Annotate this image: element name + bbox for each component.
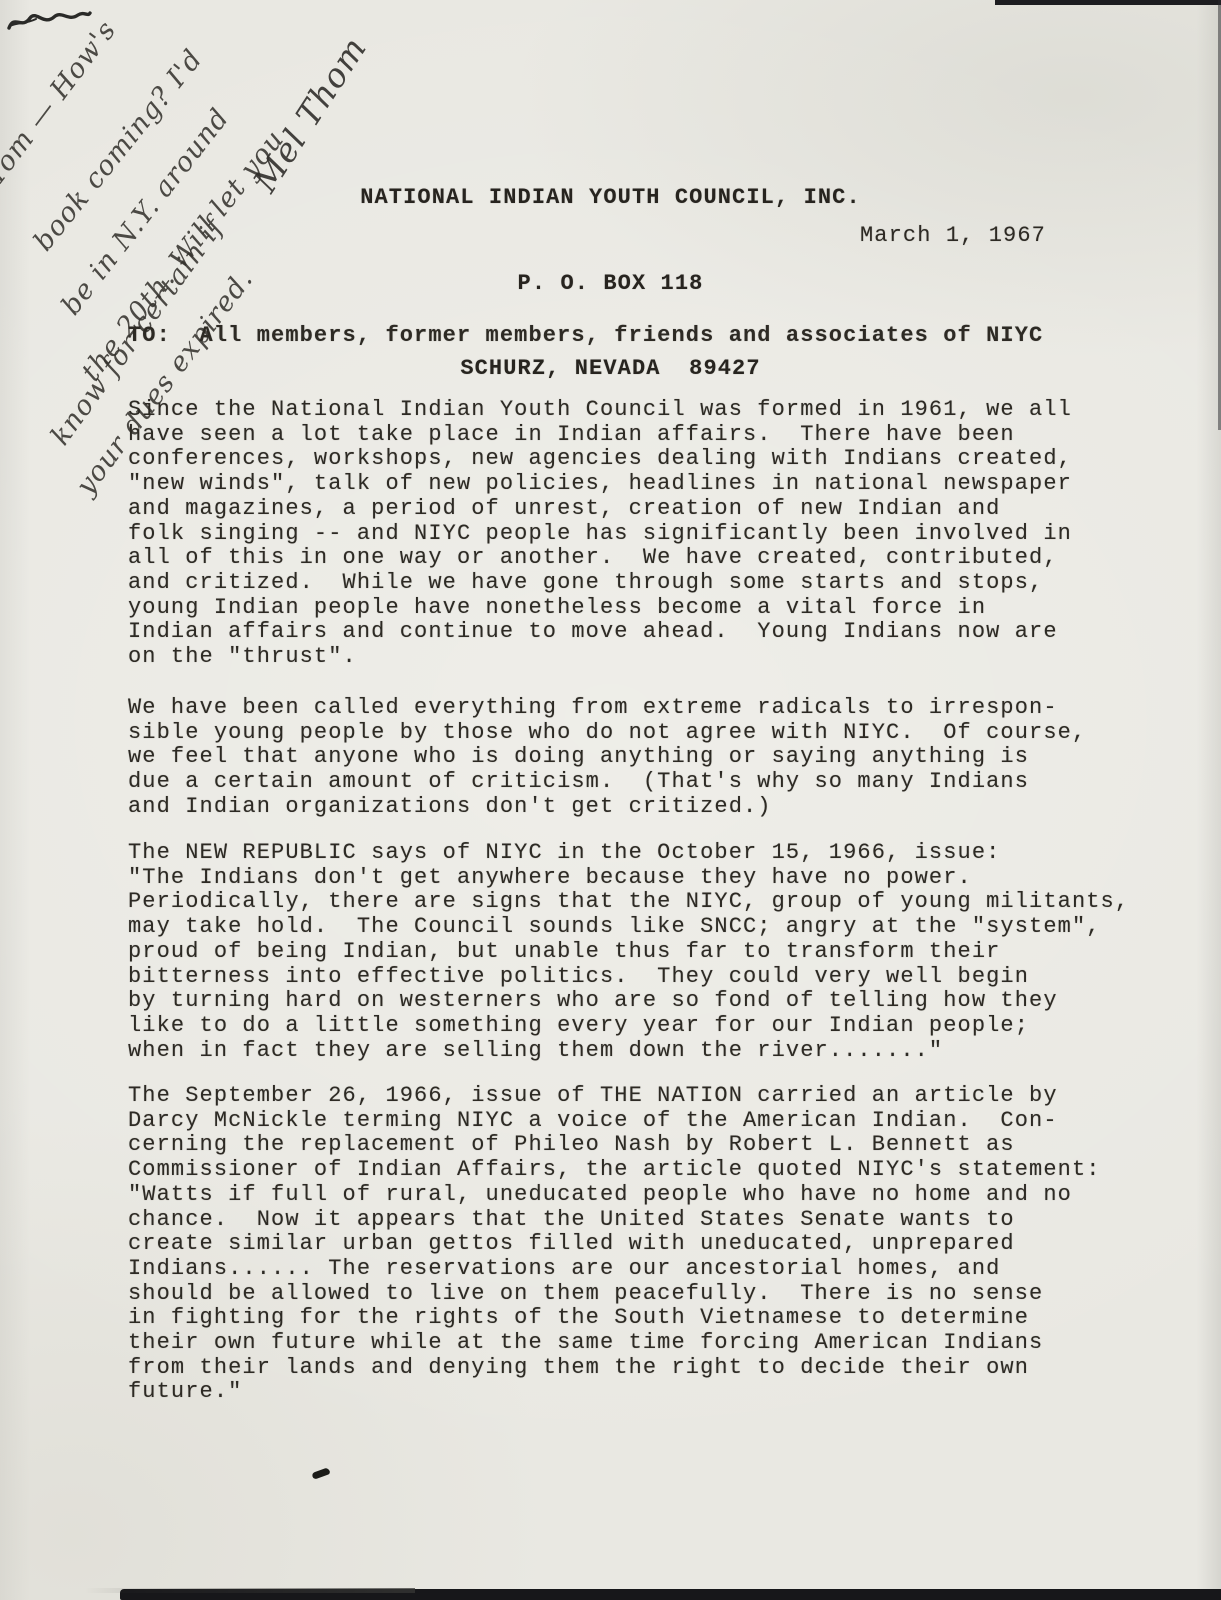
letterhead-po-box: P. O. BOX 118 xyxy=(0,270,1221,299)
body-paragraph-2: We have been called everything from extr… xyxy=(128,696,1086,820)
date-line: March 1, 1967 xyxy=(860,224,1046,249)
letterhead-org-name: NATIONAL INDIAN YOUTH COUNCIL, INC. xyxy=(0,184,1221,213)
body-paragraph-3: The NEW REPUBLIC says of NIYC in the Oct… xyxy=(128,841,1129,1063)
scanned-letter-page: Tom — How's book coming? I'd be in N.Y. … xyxy=(0,0,1221,1600)
pen-mark xyxy=(311,1467,330,1480)
body-paragraph-1: Since the National Indian Youth Council … xyxy=(128,398,1072,670)
letterhead-city-state-zip: SCHURZ, NEVADA 89427 xyxy=(0,355,1221,384)
pen-scribble-icon xyxy=(6,4,92,38)
body-paragraph-4: The September 26, 1966, issue of THE NAT… xyxy=(128,1084,1101,1405)
letterhead: NATIONAL INDIAN YOUTH COUNCIL, INC. P. O… xyxy=(0,127,1221,441)
scan-edge-bottom-fade xyxy=(85,1588,415,1593)
to-line: TO: All members, former members, friends… xyxy=(128,324,1043,349)
scan-edge-top xyxy=(995,0,1221,5)
